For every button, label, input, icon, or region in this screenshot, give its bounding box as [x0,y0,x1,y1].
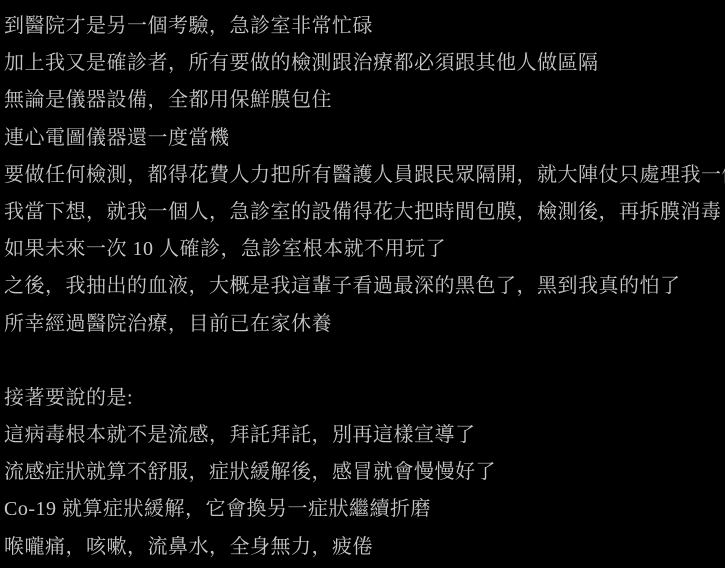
post-line: 接著要說的是: [4,380,725,417]
post-line: 之後，我抽出的血液，大概是我這輩子看過最深的黑色了，黑到我真的怕了 [4,268,725,305]
post-line: 我當下想，就我一個人，急診室的設備得花大把時間包膜，檢測後，再拆膜消毒 [4,194,725,231]
post-line: 所幸經過醫院治療，目前已在家休養 [4,306,725,343]
post-line: 無論是儀器設備，全都用保鮮膜包住 [4,82,725,119]
terminal-post-body: 到醫院才是另一個考驗，急診室非常忙碌 加上我又是確診者，所有要做的檢測跟治療都必… [0,0,725,568]
post-blank-line [4,343,725,380]
post-line: 流感症狀就算不舒服，症狀緩解後，感冒就會慢慢好了 [4,454,725,491]
post-line: 加上我又是確診者，所有要做的檢測跟治療都必須跟其他人做區隔 [4,45,725,82]
post-line: 到醫院才是另一個考驗，急診室非常忙碌 [4,8,725,45]
post-line: 要做任何檢測，都得花費人力把所有醫護人員跟民眾隔開，就大陣仗只處理我一個 [4,157,725,194]
post-line: 如果未來一次 10 人確診，急診室根本就不用玩了 [4,231,725,268]
post-line: 這病毒根本就不是流感，拜託拜託，別再這樣宣導了 [4,417,725,454]
post-line: 連心電圖儀器還一度當機 [4,120,725,157]
post-line: 喉嚨痛，咳嗽，流鼻水，全身無力，疲倦 [4,529,725,566]
post-line: Co-19 就算症狀緩解，它會換另一症狀繼續折磨 [4,491,725,528]
